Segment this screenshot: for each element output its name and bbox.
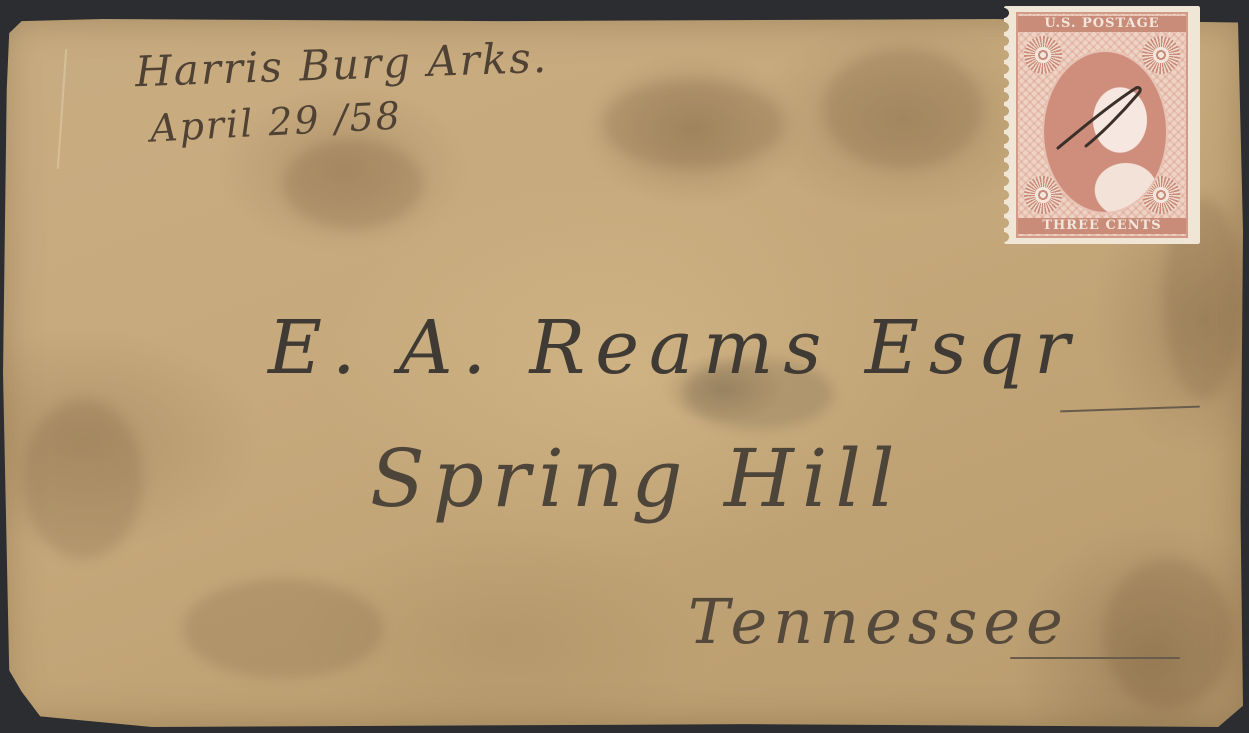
stain [1103,559,1233,709]
stain [183,579,383,679]
stain [823,49,983,169]
address-state: Tennessee [688,585,1069,658]
rosette-icon [1024,36,1062,74]
stain [283,139,423,229]
stain [23,399,143,559]
stamp-bottom-label: THREE CENTS [1018,218,1186,234]
stamp-top-label: U.S. POSTAGE [1018,16,1186,32]
flourish-line [1010,657,1180,659]
address-city: Spring Hill [370,432,903,525]
stain [603,79,783,169]
manuscript-cancel-icon [1056,84,1146,154]
rosette-icon [1142,36,1180,74]
addressee-name: E. A. Reams Esqr [268,305,1080,391]
crease [57,49,67,169]
scan-canvas: Harris Burg Arks. April 29 /58 E. A. Rea… [0,0,1249,733]
